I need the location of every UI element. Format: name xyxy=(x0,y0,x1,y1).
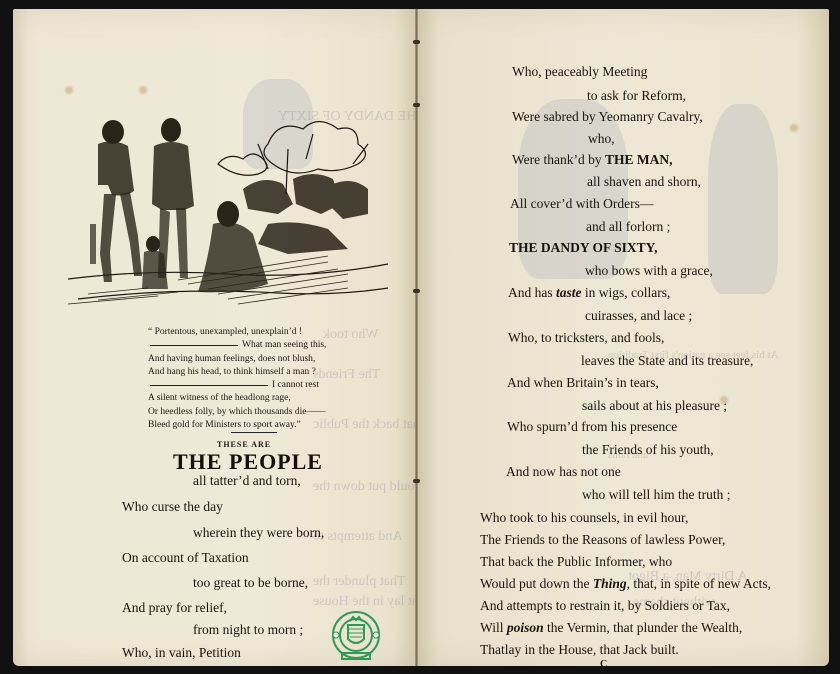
binding-stitch xyxy=(413,40,420,44)
section-title: THE PEOPLE xyxy=(173,449,323,475)
verse-line: And when Britain’s in tears, xyxy=(507,375,659,391)
engraving-illustration xyxy=(68,104,388,314)
library-seal-stamp xyxy=(330,609,382,661)
foxing-stain xyxy=(65,86,73,94)
showthrough-text: That plunder the xyxy=(313,574,406,590)
verse-heading-dandy: THE DANDY OF SIXTY, xyxy=(509,240,658,256)
verse-line: Thatlay in the House, that Jack built. xyxy=(480,642,679,658)
verse-line: Who, to tricksters, and fools, xyxy=(508,330,664,346)
verse-line: and all forlorn ; xyxy=(586,219,670,235)
verse-line: Would put down the Thing, that, in spite… xyxy=(480,576,771,592)
verse-line: Will poison the Vermin, that plunder the… xyxy=(480,620,742,636)
verse-line: And now has not one xyxy=(506,464,621,480)
divider-rule xyxy=(231,432,277,433)
book-gutter xyxy=(415,9,418,666)
showthrough-text: Would put down the xyxy=(313,479,418,495)
binding-stitch xyxy=(413,103,420,107)
left-page: THE DANDY OF SIXTY Who took The Friends … xyxy=(13,9,418,666)
quote-line: And having human feelings, does not blus… xyxy=(148,353,358,366)
verse-line: too great to be borne, xyxy=(193,575,308,591)
foxing-stain xyxy=(790,124,798,132)
showthrough-figure xyxy=(708,104,778,294)
verse-line: Who spurn’d from his presence xyxy=(507,419,677,435)
verse-line: And attempts to restrain it, by Soldiers… xyxy=(480,598,730,614)
book-spread: THE DANDY OF SIXTY Who took The Friends … xyxy=(13,9,829,666)
signature-mark: C xyxy=(600,659,607,670)
verse-line: Who, in vain, Petition xyxy=(122,645,241,661)
verse-line: cuirasses, and lace ; xyxy=(585,308,692,324)
quote-line: I cannot rest xyxy=(148,379,358,392)
emphasis-poison: poison xyxy=(507,620,544,635)
verse-line: sails about at his pleasure ; xyxy=(582,398,727,414)
verse-line: Who curse the day xyxy=(122,499,223,515)
verse-line: who bows with a grace, xyxy=(585,263,713,279)
verse-line: And pray for relief, xyxy=(122,600,227,616)
verse-line: all shaven and shorn, xyxy=(587,174,701,190)
verse-line: wherein they were born, xyxy=(193,525,324,541)
verse-line: Were thank’d by THE MAN, xyxy=(512,152,673,168)
binding-stitch xyxy=(413,479,420,483)
verse-line: who, xyxy=(588,131,615,147)
verse-line: And has taste in wigs, collars, xyxy=(508,285,670,301)
verse-line: The Friends to the Reasons of lawless Po… xyxy=(480,532,725,548)
binding-stitch xyxy=(413,289,420,293)
verse-line: who will tell him the truth ; xyxy=(582,487,731,503)
verse-line: Who took to his counsels, in evil hour, xyxy=(480,510,688,526)
showthrough-text: That lay in the House xyxy=(313,594,418,610)
verse-line: to ask for Reform, xyxy=(587,88,686,104)
dash-rule xyxy=(150,385,268,386)
quote-line: “ Portentous, unexampled, unexplain’d ! xyxy=(148,326,358,339)
epigraph-quote: “ Portentous, unexampled, unexplain’d ! … xyxy=(148,326,358,432)
quote-line: Bleed gold for Ministers to sport away.” xyxy=(148,419,358,432)
verse-line: On account of Taxation xyxy=(122,550,249,566)
verse-line: That back the Public Informer, who xyxy=(480,554,672,570)
verse-line: All cover’d with Orders— xyxy=(510,196,653,212)
dash-rule xyxy=(150,345,238,346)
verse-line: Who, peaceably Meeting xyxy=(512,64,647,80)
foxing-stain xyxy=(139,86,147,94)
emphasis-the-man: THE MAN, xyxy=(605,152,673,167)
verse-line: all tatter’d and torn, xyxy=(193,473,301,489)
verse-line: leaves the State and its treasure, xyxy=(581,353,753,369)
verse-line: from night to morn ; xyxy=(193,622,303,638)
verse-line: the Friends of his youth, xyxy=(582,442,714,458)
quote-line: A silent witness of the headlong rage, xyxy=(148,392,358,405)
verse-line: Were sabred by Yeomanry Cavalry, xyxy=(512,109,703,125)
emphasis-thing: Thing xyxy=(593,576,627,591)
quote-line: What man seeing this, xyxy=(148,339,358,352)
quote-line: Or heedless folly, by which thousands di… xyxy=(148,406,358,419)
showthrough-text: And attempts to xyxy=(313,529,402,545)
emphasis-taste: taste xyxy=(556,285,582,300)
these-are-label: THESE ARE xyxy=(217,440,271,449)
quote-line: And hang his head, to think himself a ma… xyxy=(148,366,358,379)
